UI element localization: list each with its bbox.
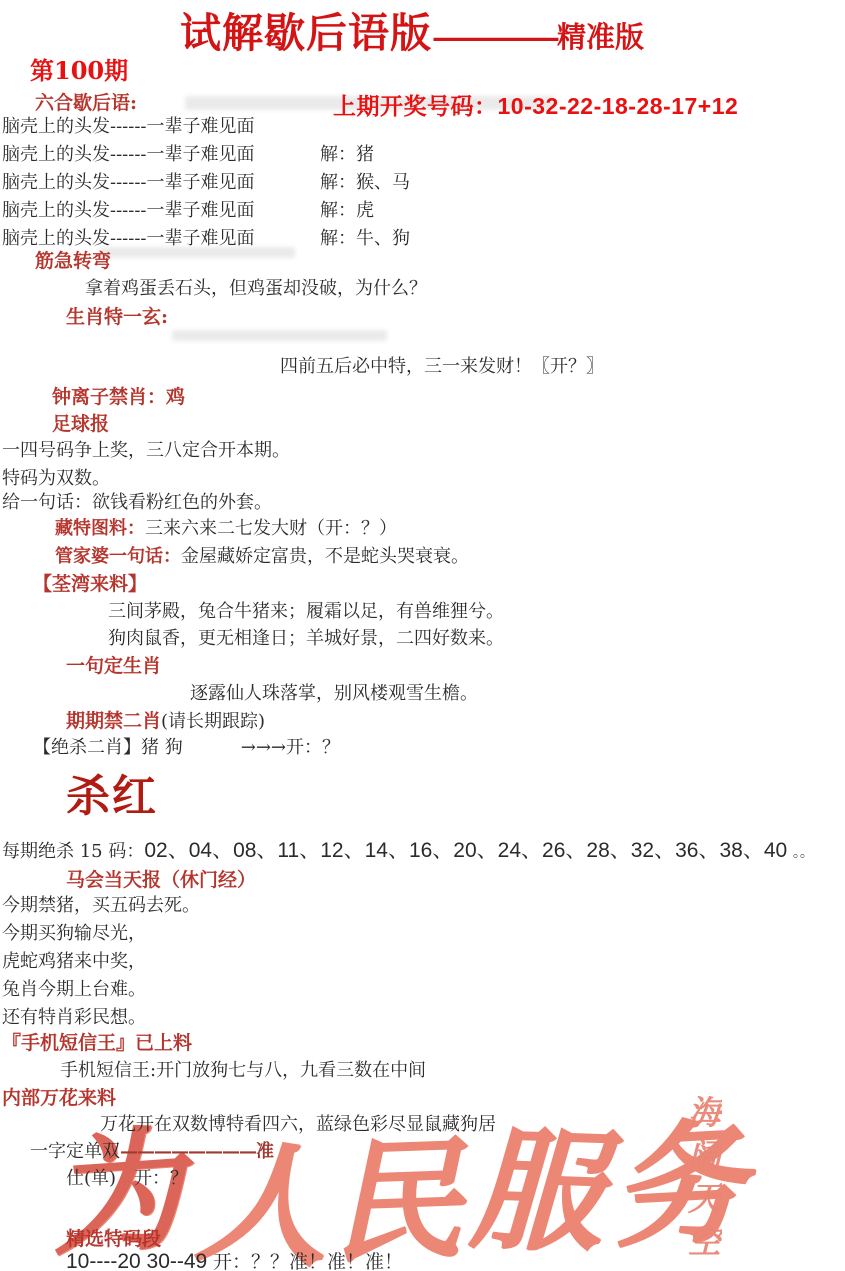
- zodiac-hint-line: 四前五后必中特，三一来发财！〖开？〗: [280, 356, 604, 378]
- doc-title-dash: —————: [432, 21, 557, 54]
- guanjiapo-label: 管家婆一句话：: [55, 546, 181, 567]
- cangte-label: 藏特图料：: [55, 518, 145, 539]
- kill-suffix: 。。: [793, 845, 814, 861]
- watermark-char: 服: [468, 1124, 605, 1261]
- section-header-quanwan: 【荃湾来料】: [33, 573, 147, 595]
- sms-line: 手机短信王:开门放狗七与八，九看三数在中间: [60, 1060, 426, 1082]
- section-header-mahui: 马会当天报（休门经）: [66, 869, 256, 891]
- riddle-text: 脑壳上的头发------一辈子难见面: [2, 200, 255, 221]
- jingxuan-result: 开：？？准！准！准！: [213, 1251, 403, 1271]
- tip-sheet-page: 为 人 民 服 务 海阔天空 试解歇后语版—————精准版 第100期 六合歇后…: [0, 0, 845, 1271]
- jingxuan-line: 10----20 30--49 开：？？准！准！准！: [66, 1251, 403, 1271]
- cangte-line: 藏特图料：三来六来二七发大财（开：？）: [55, 518, 397, 540]
- riddle-text: 脑壳上的头发------一辈子难见面: [2, 144, 255, 165]
- quanwan-line: 狗肉鼠香，更无相逢日；羊城好景，二四好数来。: [108, 628, 504, 650]
- section-header-hehouyu: 六合歇后语:: [35, 92, 137, 114]
- riddle-text: 脑壳上的头发------一辈子难见面: [2, 172, 255, 193]
- section-header-yiju: 一句定生肖: [66, 655, 161, 677]
- kill-label: 每期绝杀 15 码：: [2, 841, 144, 862]
- section-header-football: 足球报: [52, 413, 109, 435]
- shahong-title: 杀红: [66, 786, 158, 808]
- doc-title: 试解歇后语版—————精准版: [180, 22, 644, 53]
- riddle-row: 脑壳上的头发------一辈子难见面 解：猴、马: [2, 168, 562, 194]
- juesha-line: 【绝杀二肖】猪 狗→→→开：？: [33, 737, 340, 759]
- vertical-watermark: 海阔天空: [686, 1095, 719, 1267]
- qiqi-header: 期期禁二肖: [66, 710, 161, 732]
- section-header-jingxuan: 精选特码段: [66, 1228, 161, 1250]
- shahong-line: 虎蛇鸡猪来中奖，: [2, 951, 146, 973]
- football-line: 特码为双数。: [2, 468, 110, 490]
- riddle-row: 脑壳上的头发------一辈子难见面 解：虎: [2, 196, 562, 222]
- scan-smudge: [172, 330, 387, 341]
- doc-title-suffix: 精准版: [557, 20, 644, 54]
- cangte-text: 三来六来二七发大财（开：？）: [145, 518, 397, 539]
- riddle-row: 脑壳上的头发------一辈子难见面: [2, 112, 562, 138]
- riddle-answer: 解：虎: [320, 196, 374, 222]
- shahong-line: 今期禁猪，买五码去死。: [2, 895, 200, 917]
- yizi-dashes: ————————: [120, 1141, 256, 1162]
- kill-numbers: 02、04、08、11、12、14、16、20、24、26、28、32、36、3…: [144, 839, 787, 862]
- yiju-line: 逐露仙人珠落掌，别风楼观雪生檐。: [190, 683, 478, 705]
- brainteaser-question: 拿着鸡蛋丢石头，但鸡蛋却没破，为什么？: [85, 278, 427, 300]
- riddle-answer: 解：牛、狗: [320, 224, 410, 250]
- watermark-char: 民: [328, 1134, 465, 1271]
- riddle-answer: 解：猴、马: [320, 168, 410, 194]
- wanhua-line: 万花开在双数博特看四六，蓝绿色彩尽显鼠藏狗居: [100, 1114, 496, 1136]
- kill-numbers-line: 每期绝杀 15 码：02、04、08、11、12、14、16、20、24、26、…: [2, 840, 814, 864]
- section-header-zodiac-hint: 生肖特一玄:: [66, 306, 168, 328]
- watermark-char: 务: [609, 1117, 748, 1256]
- section-header-brainteaser: 筋急转弯: [35, 250, 111, 272]
- football-line: 一四号码争上奖，三八定合开本期。: [2, 440, 290, 462]
- zhongli-forbidden-zodiac: 钟离子禁肖：鸡: [52, 386, 185, 408]
- guanjiapo-text: 金屋藏娇定富贵，不是蛇头哭衰衰。: [181, 546, 469, 567]
- yizi-label: 一字定单双: [30, 1141, 120, 1162]
- issue-number: 第100期: [30, 60, 128, 82]
- yizi-result: 仕(单) 开：？: [66, 1168, 188, 1190]
- quanwan-line: 三间茅殿，兔合牛猪来；履霜以足，有兽维狸兮。: [108, 601, 504, 623]
- juesha-result: →→→开：？: [241, 737, 340, 758]
- yizi-line: 一字定单双————————准: [30, 1141, 274, 1163]
- riddle-answer: 解：猪: [320, 140, 374, 166]
- qiqi-line: 期期禁二肖(请长期跟踪): [66, 710, 265, 733]
- shahong-line: 兔肖今期上台难。: [2, 979, 146, 1001]
- jingxuan-range: 10----20 30--49: [66, 1250, 207, 1271]
- riddle-row: 脑壳上的头发------一辈子难见面 解：猪: [2, 140, 562, 166]
- shahong-line: 今期买狗输尽光，: [2, 923, 146, 945]
- section-header-sms: 『手机短信王』已上料: [2, 1032, 192, 1054]
- riddle-text: 脑壳上的头发------一辈子难见面: [2, 228, 255, 249]
- doc-title-main: 试解歇后语版: [180, 9, 432, 57]
- riddle-row: 脑壳上的头发------一辈子难见面 解：牛、狗: [2, 224, 562, 250]
- qiqi-note: (请长期跟踪): [161, 711, 265, 732]
- football-line: 给一句话：欲钱看粉红色的外套。: [2, 492, 272, 514]
- riddle-text: 脑壳上的头发------一辈子难见面: [2, 116, 255, 137]
- yizi-suffix: 准: [256, 1141, 274, 1162]
- section-header-wanhua: 内部万花来料: [2, 1087, 116, 1109]
- shahong-line: 还有特肖彩民想。: [2, 1007, 146, 1029]
- juesha-label: 【绝杀二肖】猪 狗: [33, 737, 183, 758]
- guanjiapo-line: 管家婆一句话：金屋藏娇定富贵，不是蛇头哭衰衰。: [55, 546, 469, 568]
